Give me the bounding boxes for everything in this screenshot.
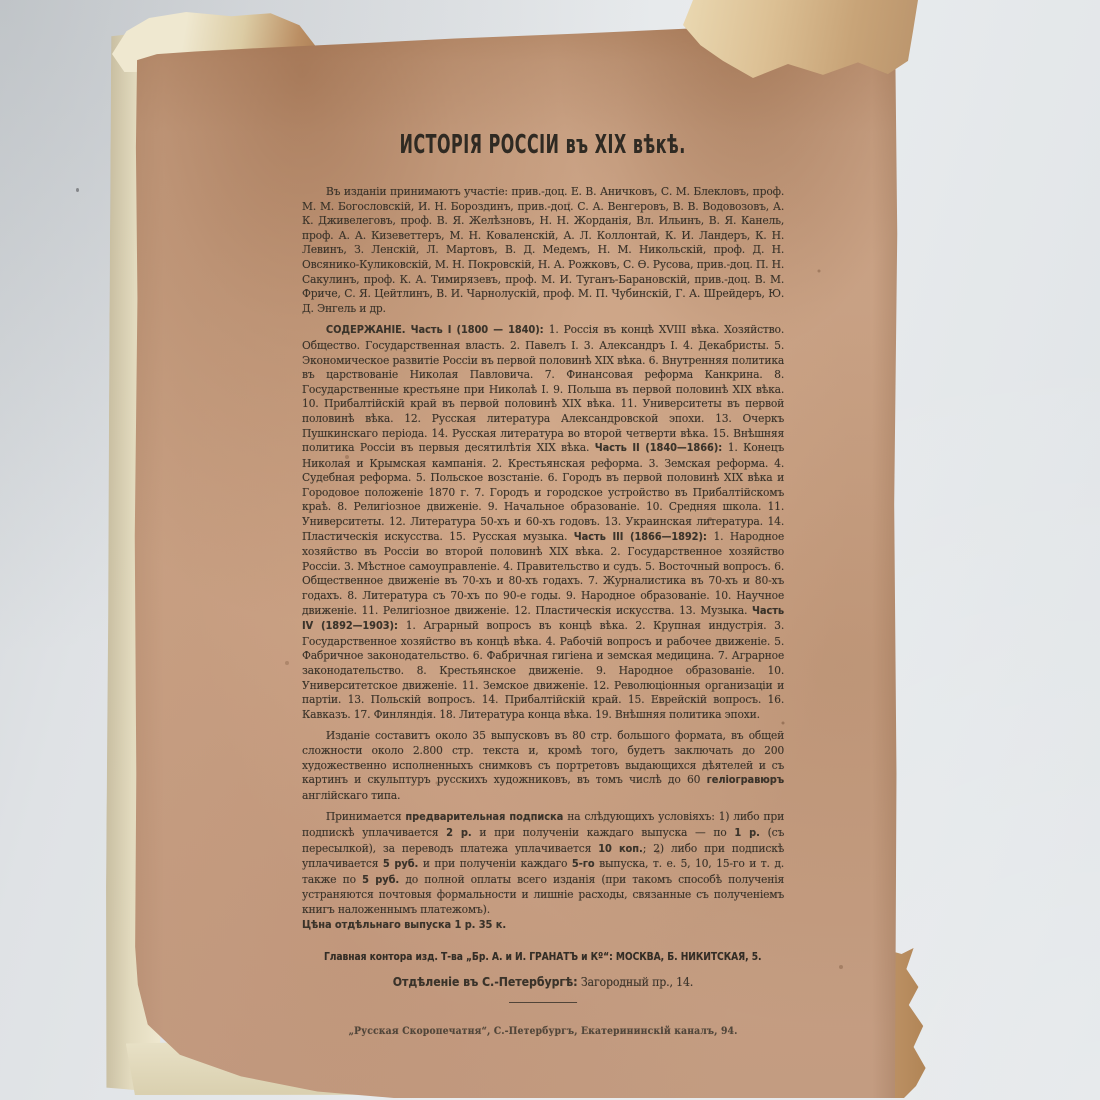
edition-paragraph: Изданіе составитъ около 35 выпусковъ въ …: [302, 728, 784, 802]
price-line: Цѣна отдѣльнаго выпуска 1 р. 35 к.: [302, 917, 784, 933]
book-back-cover: ИСТОРІЯ РОССІИ въ XIX вѣкѣ. Въ изданіи п…: [134, 18, 898, 1098]
printed-content: ИСТОРІЯ РОССІИ въ XIX вѣкѣ. Въ изданіи п…: [302, 18, 784, 1039]
contents-paragraph: СОДЕРЖАНІЕ. Часть I (1800 — 1840): 1. Ро…: [302, 322, 784, 721]
publisher-address: Главная контора изд. Т-ва „Бр. А. и И. Г…: [302, 946, 784, 967]
branch-address-text: Отдѣленіе въ С.-Петербургѣ: Загородный п…: [393, 975, 693, 990]
publisher-address-text: Главная контора изд. Т-ва „Бр. А. и И. Г…: [324, 946, 761, 967]
divider-rule: [509, 1002, 577, 1003]
background-speck: [76, 188, 79, 192]
page-title: ИСТОРІЯ РОССІИ въ XIX вѣкѣ.: [302, 130, 784, 160]
branch-address: Отдѣленіе въ С.-Петербургѣ: Загородный п…: [302, 975, 784, 990]
printer-imprint: „Русская Скоропечатня“, С.-Петербургъ, Е…: [302, 1025, 784, 1040]
page-title-text: ИСТОРІЯ РОССІИ въ XIX вѣкѣ.: [400, 130, 686, 160]
photo-background: ИСТОРІЯ РОССІИ въ XIX вѣкѣ. Въ изданіи п…: [0, 0, 1100, 1100]
foxing-speckles: [134, 18, 136, 20]
subscription-paragraph: Принимается предварительная подписка на …: [302, 809, 784, 916]
participants-paragraph: Въ изданіи принимаютъ участіе: прив.-доц…: [302, 184, 784, 315]
